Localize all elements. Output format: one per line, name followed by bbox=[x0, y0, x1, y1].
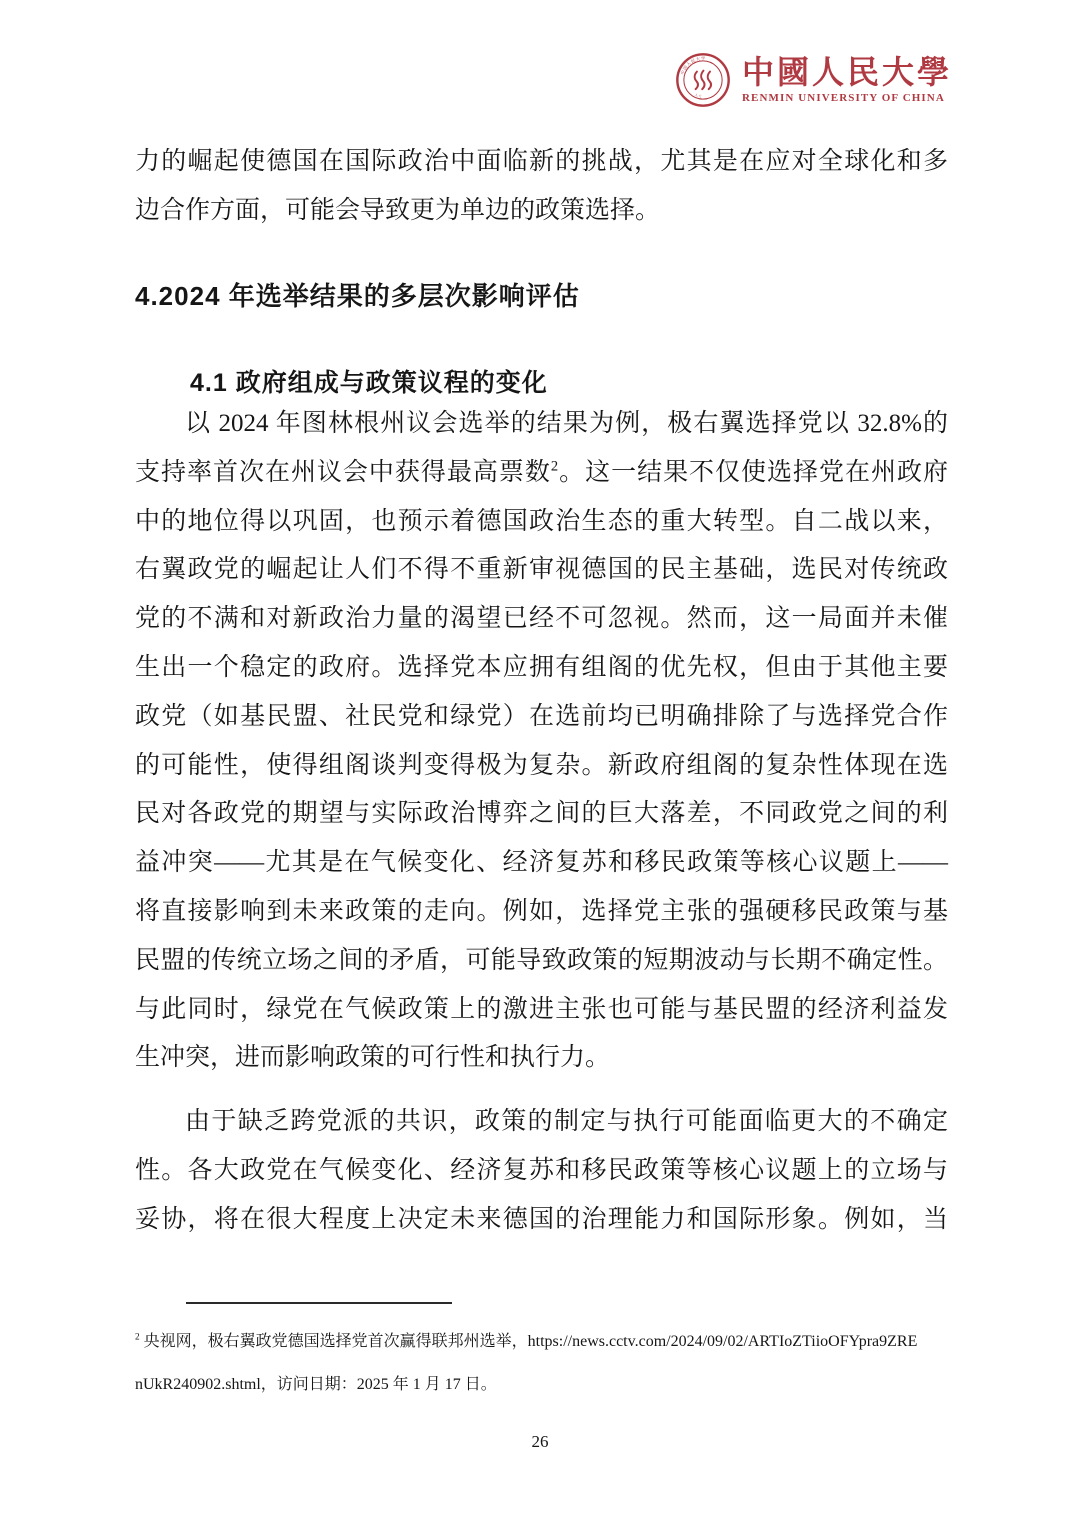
text-line: 民对各政党的期望与实际政治博弈之间的巨大落差，不同政党之间的利 bbox=[135, 790, 948, 839]
footnote-line: 2 央视网，极右翼政党德国选择党首次赢得联邦州选举，https://news.c… bbox=[135, 1320, 948, 1363]
text-line: 的可能性，使得组阁谈判变得极为复杂。新政府组阁的复杂性体现在选 bbox=[135, 742, 948, 791]
text-line: 以 2024 年图林根州议会选举的结果为例，极右翼选择党以 32.8%的 bbox=[135, 400, 948, 449]
text-line: 政党（如基民盟、社民党和绿党）在选前均已明确排除了与选择党合作 bbox=[135, 693, 948, 742]
paragraph-1: 以 2024 年图林根州议会选举的结果为例，极右翼选择党以 32.8%的支持率首… bbox=[135, 400, 948, 1083]
intro-paragraph: 力的崛起使德国在国际政治中面临新的挑战，尤其是在应对全球化和多边合作方面，可能会… bbox=[135, 138, 948, 236]
logo-cn-name: 中國人民大學 bbox=[742, 56, 952, 90]
document-page: 中国人民大学 人大 中國人民大學 RENMIN UNIVERSITY OF CH… bbox=[0, 0, 1080, 1527]
footnote-separator bbox=[186, 1302, 452, 1304]
text-line: 力的崛起使德国在国际政治中面临新的挑战，尤其是在应对全球化和多 bbox=[135, 138, 948, 187]
logo-en-name: RENMIN UNIVERSITY OF CHINA bbox=[742, 93, 952, 105]
text-line: 将直接影响到未来政策的走向。例如，选择党主张的强硬移民政策与基 bbox=[135, 888, 948, 937]
text-line: 生出一个稳定的政府。选择党本应拥有组阁的优先权，但由于其他主要 bbox=[135, 644, 948, 693]
text-line: 生冲突，进而影响政策的可行性和执行力。 bbox=[135, 1034, 948, 1083]
footnote-text: nUkR240902.shtml，访问日期：2025 年 1 月 17 日。 bbox=[135, 1376, 497, 1393]
footnote: 2 央视网，极右翼政党德国选择党首次赢得联邦州选举，https://news.c… bbox=[135, 1320, 948, 1406]
text-line: 右翼政党的崛起让人们不得不重新审视德国的民主基础，选民对传统政 bbox=[135, 546, 948, 595]
text-line: 性。各大政党在气候变化、经济复苏和移民政策等核心议题上的立场与 bbox=[135, 1147, 948, 1196]
university-logo: 中国人民大学 人大 中國人民大學 RENMIN UNIVERSITY OF CH… bbox=[675, 52, 952, 108]
text-line: 益冲突——尤其是在气候变化、经济复苏和移民政策等核心议题上—— bbox=[135, 839, 948, 888]
text-line: 支持率首次在州议会中获得最高票数2。这一结果不仅使选择党在州政府 bbox=[135, 449, 948, 498]
text-line: 党的不满和对新政治力量的渴望已经不可忽视。然而，这一局面并未催 bbox=[135, 595, 948, 644]
university-seal-icon: 中国人民大学 人大 bbox=[675, 52, 731, 108]
footnote-text: 央视网，极右翼政党德国选择党首次赢得联邦州选举，https://news.cct… bbox=[140, 1333, 918, 1350]
section-heading: 4.2024 年选举结果的多层次影响评估 bbox=[135, 272, 948, 321]
text-line: 与此同时，绿党在气候政策上的激进主张也可能与基民盟的经济利益发 bbox=[135, 986, 948, 1035]
text-line: 妥协，将在很大程度上决定未来德国的治理能力和国际形象。例如，当 bbox=[135, 1196, 948, 1245]
text-line: 中的地位得以巩固，也预示着德国政治生态的重大转型。自二战以来， bbox=[135, 498, 948, 547]
logo-text: 中國人民大學 RENMIN UNIVERSITY OF CHINA bbox=[742, 56, 952, 104]
text-line: 民盟的传统立场之间的矛盾，可能导致政策的短期波动与长期不确定性。 bbox=[135, 937, 948, 986]
text-line: 边合作方面，可能会导致更为单边的政策选择。 bbox=[135, 187, 948, 236]
paragraph-2: 由于缺乏跨党派的共识，政策的制定与执行可能面临更大的不确定性。各大政党在气候变化… bbox=[135, 1098, 948, 1244]
text-line: 由于缺乏跨党派的共识，政策的制定与执行可能面临更大的不确定 bbox=[135, 1098, 948, 1147]
footnote-line: nUkR240902.shtml，访问日期：2025 年 1 月 17 日。 bbox=[135, 1363, 948, 1406]
page-number: 26 bbox=[0, 1432, 1080, 1452]
